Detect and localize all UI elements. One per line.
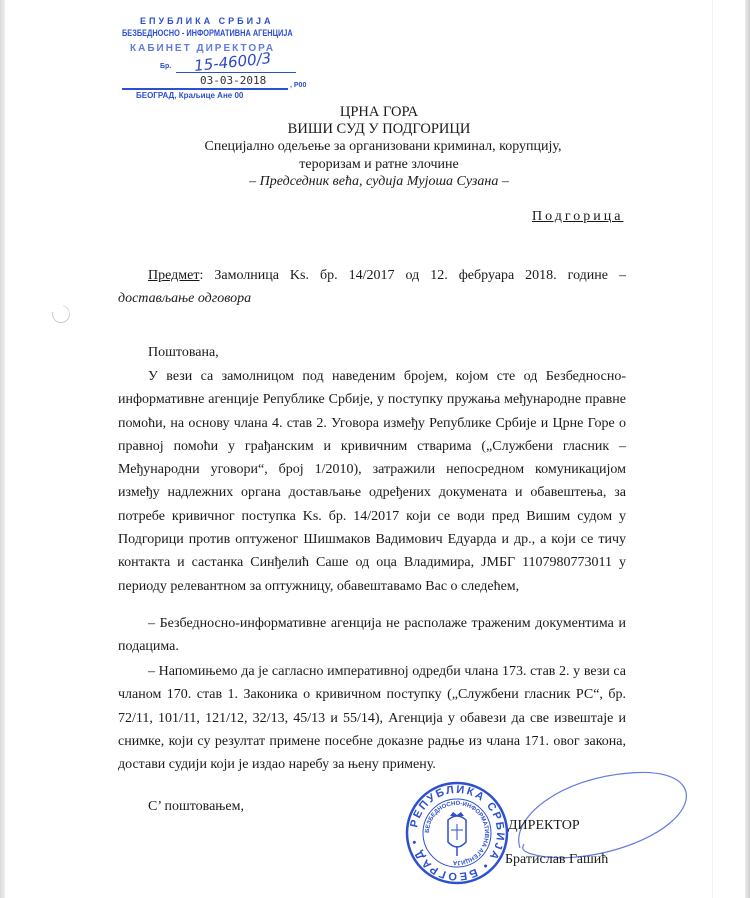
stamp-agency: БЕЗБЕДНОСНО - ИНФОРМАТИВНА АГЕНЦИЈА	[122, 28, 293, 38]
recipient-department-line1: Специјално одељење за организовани крими…	[8, 139, 750, 155]
subject-text: : Замолница Ks. бр. 14/2017 од 12. фебру…	[199, 268, 626, 283]
stamp-date: 03-03-2018	[200, 74, 266, 87]
signatory-name: Братислав Гашић	[505, 852, 608, 868]
signatory-title: ДИРЕКТОР	[508, 818, 580, 834]
punch-hole-mark	[49, 302, 74, 327]
stamp-number-underline	[176, 72, 296, 73]
official-seal-icon: РЕПУБЛИКА СРБИЈА • БЕОГРАД • БЕЗБЕДНОСНО…	[404, 780, 510, 886]
registration-stamp: ЕПУБЛИКА СРБИЈА БЕЗБЕДНОСНО - ИНФОРМАТИВ…	[122, 12, 322, 102]
recipient-department-line2: тероризам и ратне злочине	[4, 157, 750, 173]
stamp-republic: ЕПУБЛИКА СРБИЈА	[140, 16, 274, 26]
stamp-suffix: , Р00	[290, 82, 306, 89]
stamp-address: БЕОГРАД, Краљице Ане 00	[136, 91, 243, 100]
body-paragraph-2: – Безбедносно-информативне агенција не р…	[118, 612, 626, 659]
body-paragraph-3: – Напомињемо да је сагласно императивној…	[118, 660, 626, 776]
salutation: Поштована,	[118, 341, 626, 364]
recipient-court: ВИШИ СУД У ПОДГОРИЦИ	[4, 121, 750, 138]
subject-label: Предмет	[148, 268, 199, 283]
stamp-number-label: Бр.	[160, 63, 171, 70]
body-paragraph-1: У вези са замолницом под наведеним броје…	[118, 365, 626, 598]
city-name: Подгорица	[532, 209, 623, 225]
subject-italic: достављање одговора	[118, 291, 251, 306]
stamp-date-underline	[122, 88, 288, 90]
recipient-judge: – Председник већа, судија Мујоша Сузана …	[4, 174, 750, 190]
recipient-country: ЦРНА ГОРА	[4, 104, 750, 121]
subject-line: Предмет: Замолница Ks. бр. 14/2017 од 12…	[118, 264, 626, 311]
